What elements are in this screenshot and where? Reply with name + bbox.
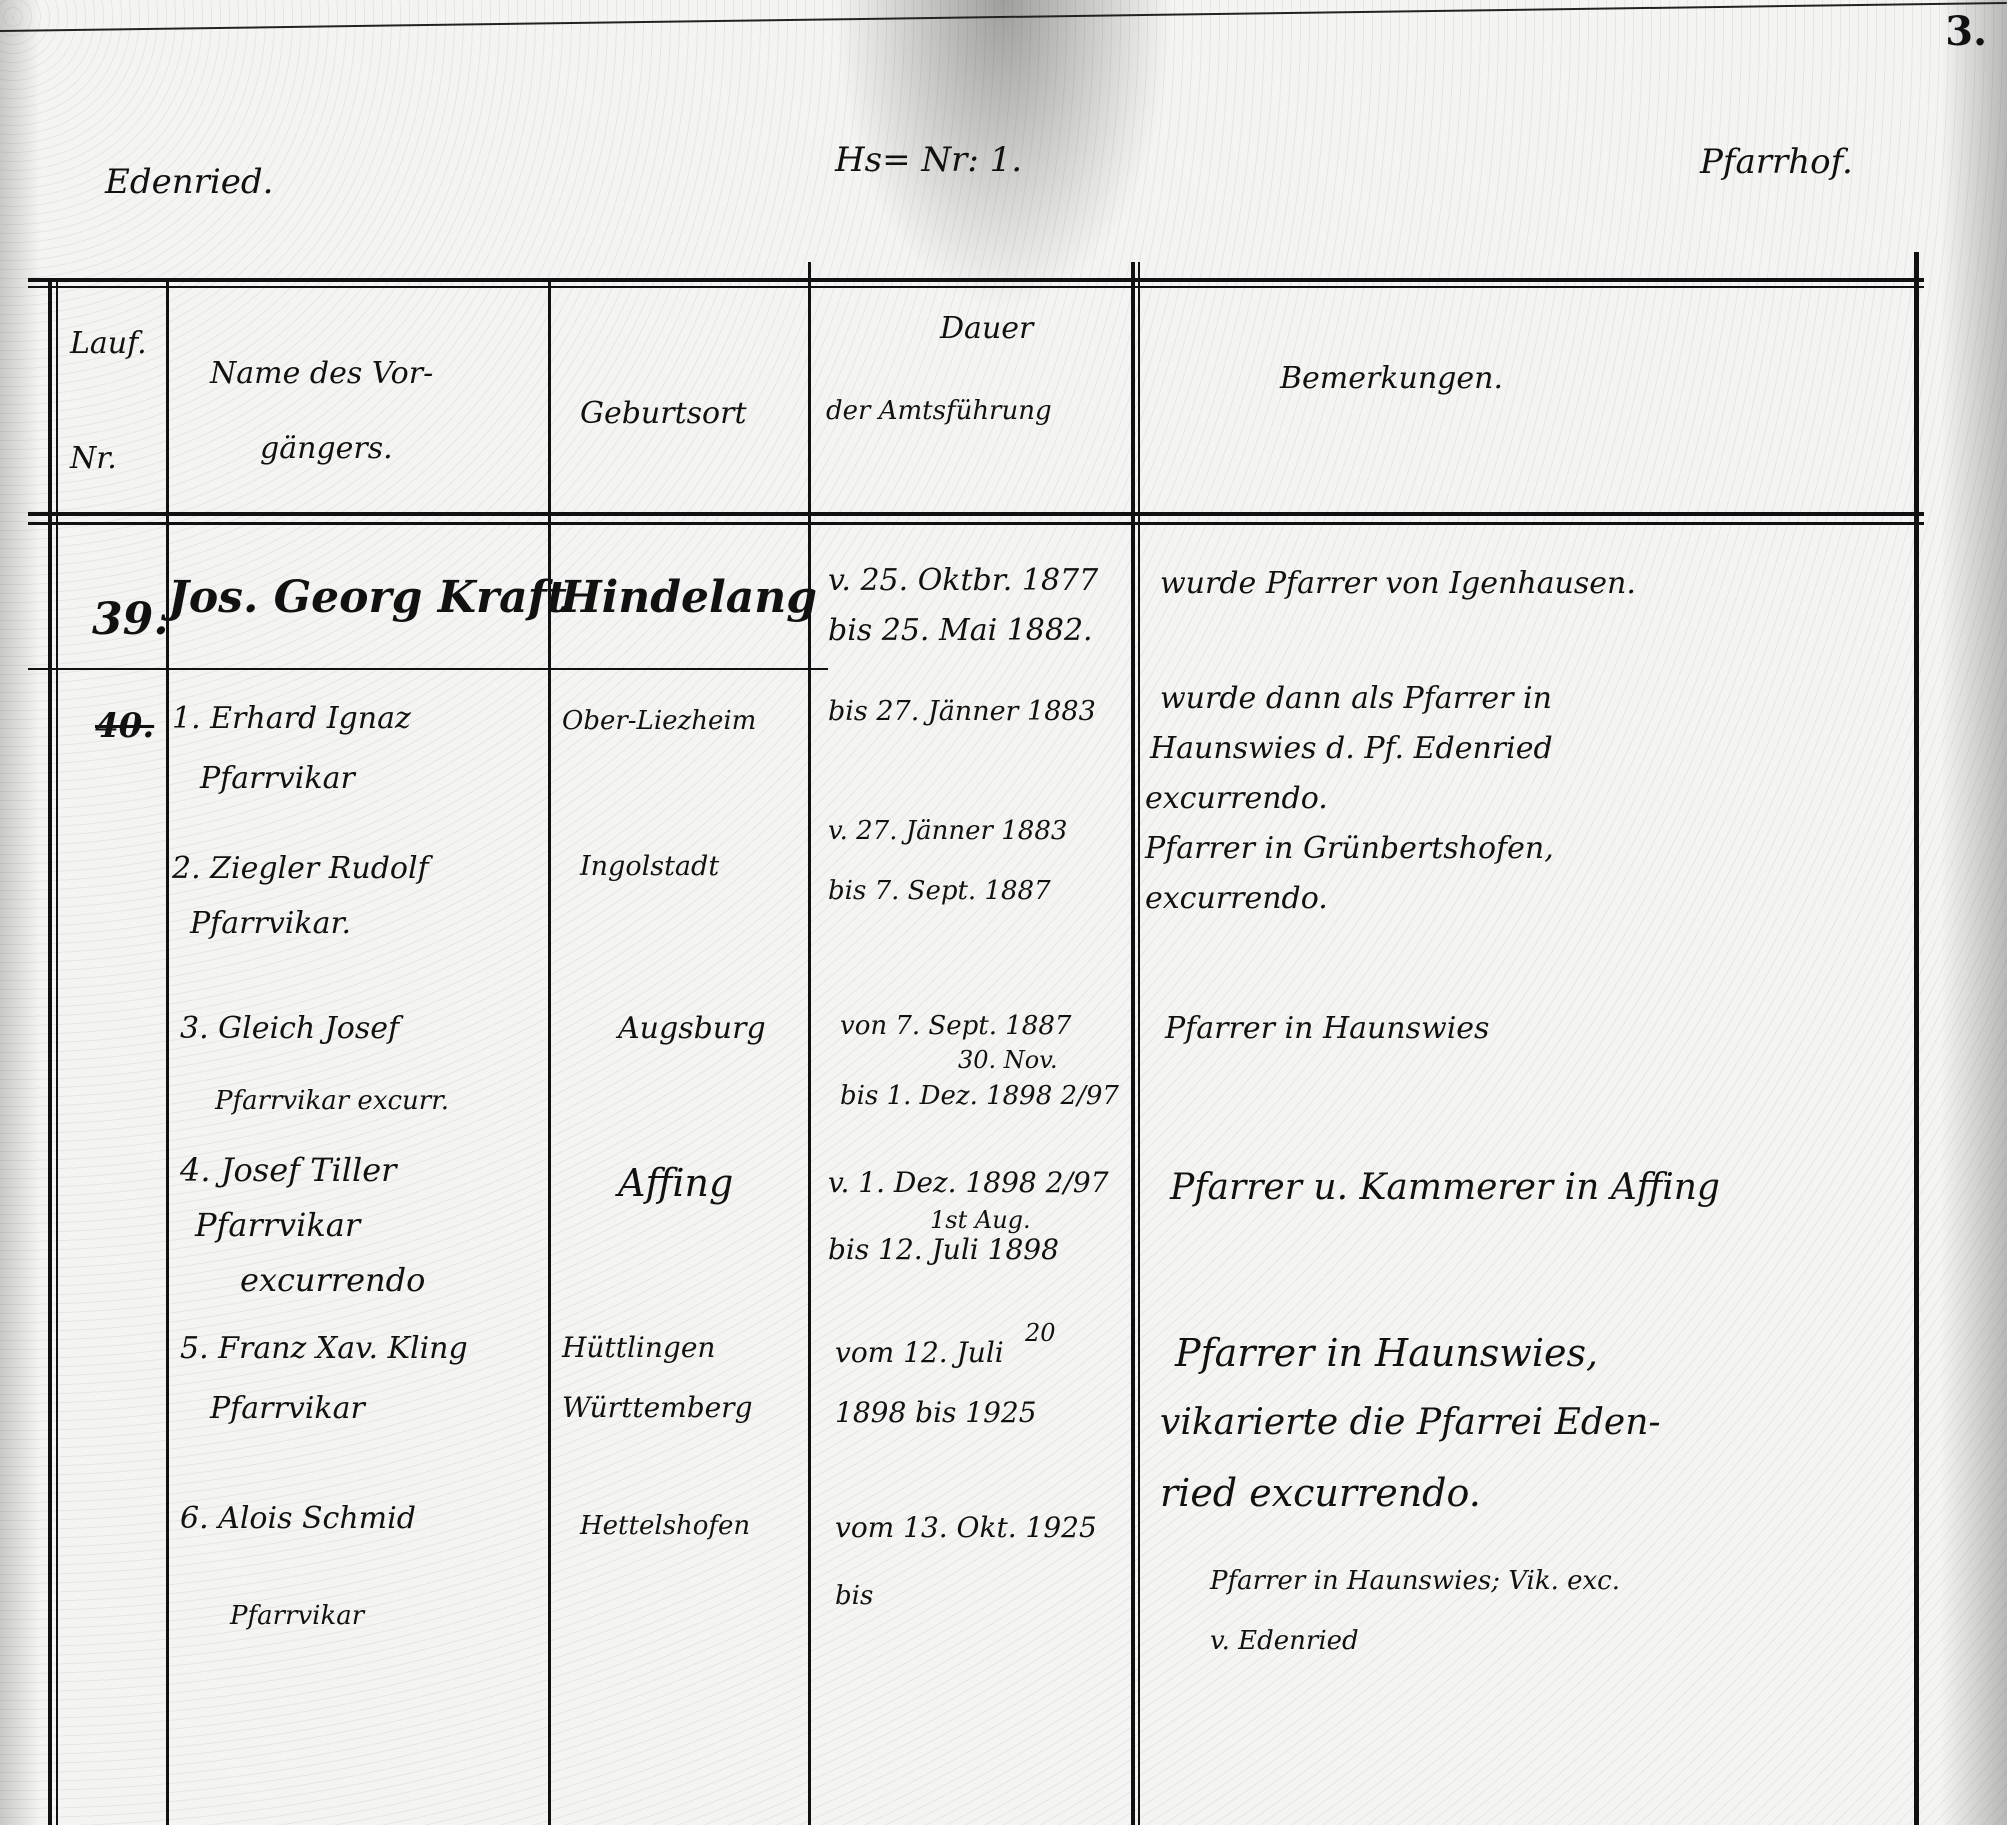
col-border-left-inner [56, 278, 58, 1825]
row-nr: 40. [95, 705, 154, 748]
row-duration-from: v. 27. Jänner 1883 [828, 815, 1067, 848]
col-border-birthplace [808, 262, 811, 1825]
row-remarks-2: vikarierte die Pfarrei Eden- [1160, 1400, 1661, 1445]
col-border-right [1914, 252, 1919, 1825]
table-top-border-inner [28, 286, 1924, 288]
col-header-duration-line1: Dauer [940, 310, 1033, 348]
row-name: 2. Ziegler Rudolf [172, 850, 429, 888]
col-border-left [48, 278, 52, 1825]
col-border-nr [166, 278, 169, 1825]
header-building: Pfarrhof. [1700, 142, 1853, 182]
col-header-remarks: Bemerkungen. [1280, 360, 1503, 398]
row-remarks-3: ried excurrendo. [1160, 1470, 1481, 1518]
row-duration-from: vom 13. Okt. 1925 [835, 1510, 1097, 1545]
row-remarks-1: Pfarrer in Grünbertshofen, [1145, 830, 1554, 868]
row-birthplace: Affing [618, 1160, 733, 1208]
row-duration-correction: 30. Nov. [958, 1045, 1058, 1075]
row-name-title: Pfarrvikar [230, 1600, 364, 1633]
row-remarks-2: Haunswies d. Pf. Edenried [1150, 730, 1553, 768]
row-duration-correction: 20 [1025, 1318, 1056, 1348]
row-remarks-3: excurrendo. [1145, 780, 1328, 818]
row-duration-to: bis 7. Sept. 1887 [828, 875, 1051, 908]
row-name: 5. Franz Xav. Kling [180, 1330, 468, 1368]
table-top-border [28, 278, 1924, 282]
row-name: Jos. Georg Kraft [168, 570, 567, 625]
header-bottom-border-inner [28, 522, 1924, 525]
page-number: 3. [1945, 8, 1987, 55]
row-birthplace: Ober-Liezheim [562, 705, 756, 738]
row-remarks-1: wurde dann als Pfarrer in [1160, 680, 1552, 718]
row-name: 6. Alois Schmid [180, 1500, 416, 1538]
row-remarks-1: Pfarrer in Haunswies, [1175, 1330, 1598, 1378]
row-remarks: Pfarrer in Haunswies [1165, 1010, 1489, 1048]
row-birthplace: Hettelshofen [580, 1510, 750, 1543]
col-header-nr-line1: Lauf. [70, 325, 147, 363]
row-separator [28, 668, 828, 670]
row-name: 1. Erhard Ignaz [172, 700, 411, 738]
row-duration: bis 27. Jänner 1883 [828, 695, 1096, 729]
row-name-note: excurrendo [240, 1260, 425, 1300]
col-header-duration-line2: der Amtsführung [826, 395, 1052, 428]
col-header-nr-line2: Nr. [70, 440, 117, 478]
row-duration-from: v. 1. Dez. 1898 2/97 [828, 1165, 1109, 1200]
row-birthplace: Ingolstadt [580, 850, 719, 884]
page-edge-line [0, 2, 2007, 32]
col-border-name [548, 278, 551, 1825]
row-duration-to: 1898 bis 1925 [835, 1395, 1037, 1430]
row-name-title: Pfarrvikar [210, 1390, 365, 1428]
col-header-name-line2: gängers. [260, 430, 393, 468]
row-name-title: Pfarrvikar [200, 760, 355, 798]
row-name-title: Pfarrvikar [195, 1205, 360, 1245]
col-header-birthplace: Geburtsort [580, 395, 747, 433]
row-nr: 39. [92, 592, 169, 647]
row-remarks-2: v. Edenried [1210, 1625, 1359, 1658]
row-name-title: Pfarrvikar. [190, 905, 351, 943]
row-birthplace-2: Württemberg [562, 1390, 753, 1425]
row-remarks-1: Pfarrer in Haunswies; Vik. exc. [1210, 1565, 1620, 1598]
header-house-number: Hs= Nr: 1. [835, 140, 1022, 180]
row-duration-from: vom 12. Juli [835, 1335, 1004, 1370]
row-remarks: wurde Pfarrer von Igenhausen. [1160, 565, 1636, 603]
row-name: 3. Gleich Josef [180, 1010, 399, 1048]
row-birthplace-1: Hüttlingen [562, 1330, 715, 1365]
row-name-title: Pfarrvikar excurr. [215, 1085, 449, 1118]
row-birthplace: Augsburg [618, 1010, 766, 1048]
row-duration-to: bis [835, 1580, 873, 1613]
col-header-name-line1: Name des Vor- [210, 355, 433, 393]
row-duration-to: bis 1. Dez. 1898 2/97 [840, 1080, 1119, 1113]
header-bottom-border [28, 512, 1924, 516]
row-remarks-2: excurrendo. [1145, 880, 1328, 918]
row-birthplace: Hindelang [560, 570, 817, 625]
row-duration-to: bis 25. Mai 1882. [828, 612, 1093, 650]
row-duration-to: bis 12. Juli 1898 [828, 1232, 1059, 1267]
row-duration-from: v. 25. Oktbr. 1877 [828, 562, 1098, 600]
col-border-duration-inner [1138, 262, 1140, 1825]
header-place: Edenried. [105, 162, 273, 202]
row-duration-from: von 7. Sept. 1887 [840, 1010, 1071, 1043]
col-border-duration [1131, 262, 1135, 1825]
row-name: 4. Josef Tiller [180, 1150, 396, 1190]
row-remarks: Pfarrer u. Kammerer in Affing [1170, 1165, 1720, 1210]
row-duration-correction: 1st Aug. [930, 1205, 1031, 1235]
